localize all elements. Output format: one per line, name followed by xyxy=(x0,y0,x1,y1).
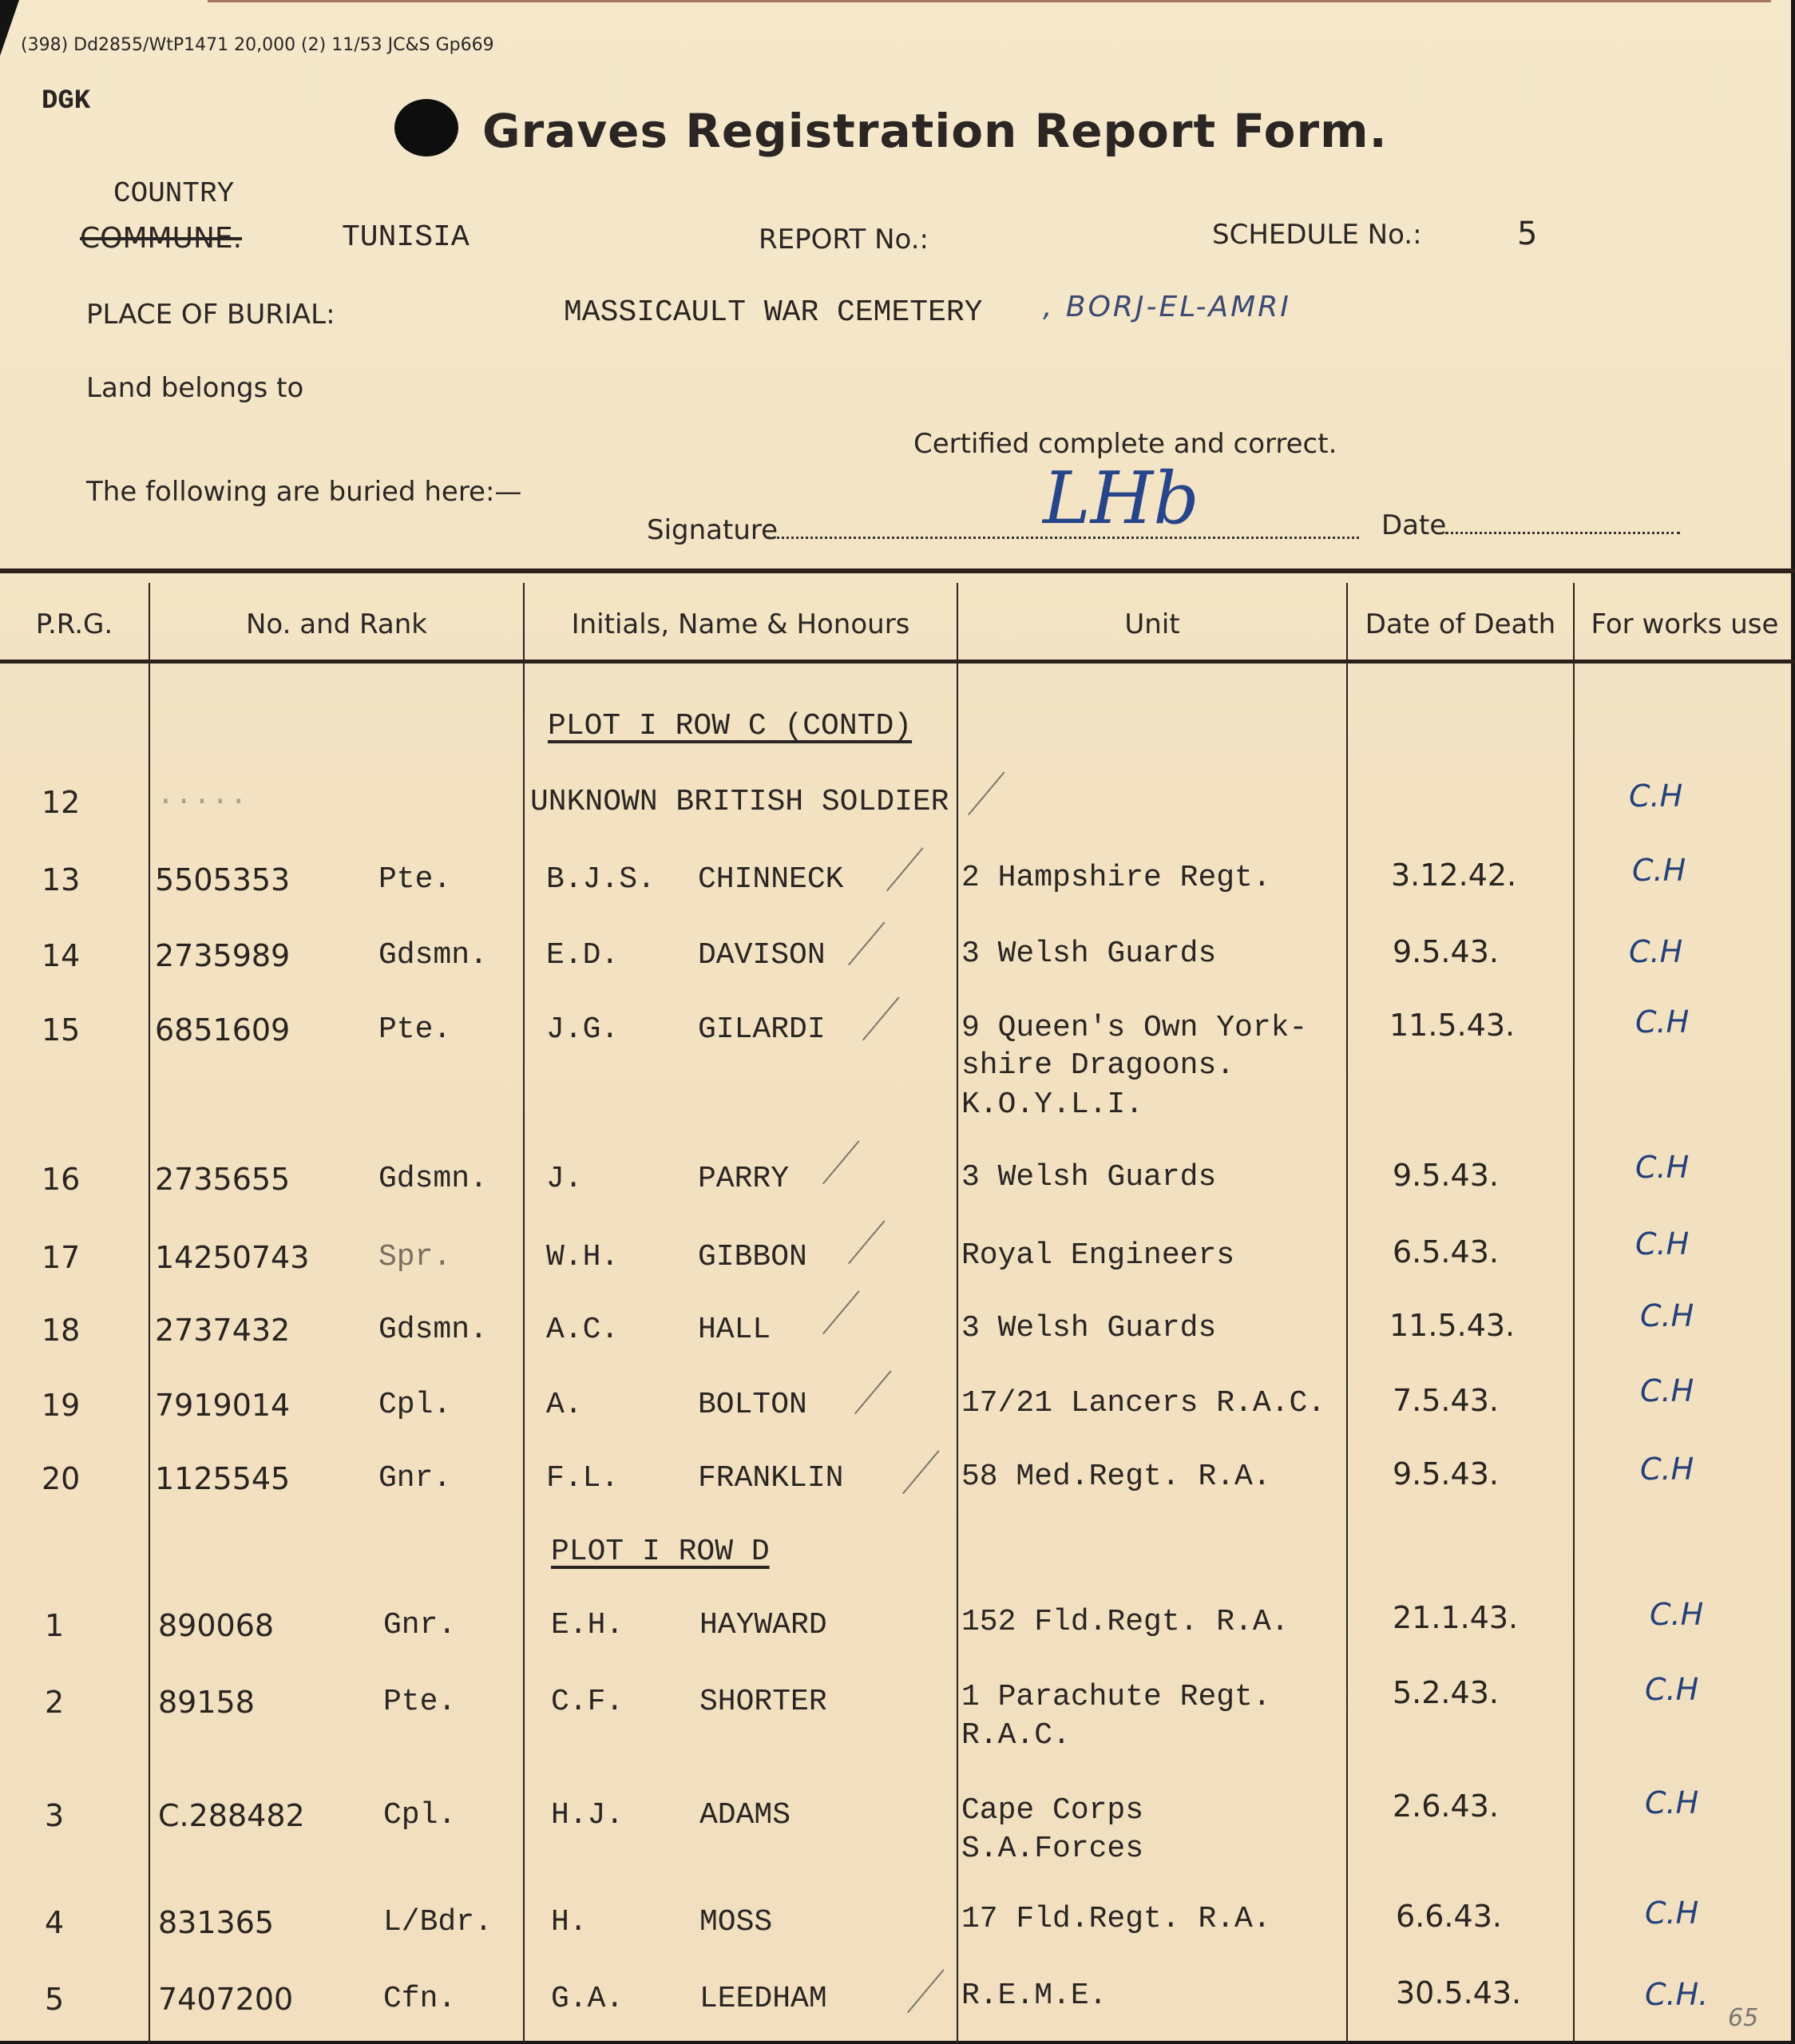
rank: Gnr. xyxy=(383,1608,456,1642)
surname: GILARDI xyxy=(698,1012,826,1047)
form-title: Graves Registration Report Form. xyxy=(482,104,1388,158)
prg-number: 14 xyxy=(42,938,80,973)
date-of-death: 11.5.43. xyxy=(1389,1308,1515,1343)
commune-label-struck: COMMUNE. xyxy=(80,222,242,255)
unit: 3 Welsh Guards xyxy=(961,1311,1216,1345)
prg-number: 20 xyxy=(42,1461,80,1496)
initials: H. xyxy=(551,1905,588,1939)
check-mark-icon xyxy=(902,1450,940,1494)
rank: Cpl. xyxy=(378,1388,451,1422)
works-use-initials: C.H xyxy=(1635,1226,1689,1262)
signature-mark: LHb xyxy=(1043,457,1199,541)
scan-top-edge xyxy=(208,0,1771,2)
service-number: 7919014 xyxy=(155,1388,290,1423)
prg-number: 16 xyxy=(42,1162,80,1197)
prg-number: 13 xyxy=(42,862,80,897)
place-of-burial-value: MASSICAULT WAR CEMETERY xyxy=(564,295,983,330)
prg-number: 5 xyxy=(45,1982,64,2017)
initials: F.L. xyxy=(546,1461,619,1495)
column-divider xyxy=(523,583,525,2044)
service-number: 5505353 xyxy=(155,862,290,897)
rank: Pte. xyxy=(378,862,451,897)
check-mark-icon xyxy=(822,1290,860,1334)
initials: W.H. xyxy=(546,1240,619,1274)
check-mark-icon xyxy=(862,996,900,1040)
document-page: (398) Dd2855/WtP1471 20,000 (2) 11/53 JC… xyxy=(0,0,1795,2044)
date-of-death: 6.6.43. xyxy=(1396,1899,1502,1934)
initials: H.J. xyxy=(551,1798,624,1832)
schedule-number-label: SCHEDULE No.: xyxy=(1212,219,1422,251)
place-of-burial-handwritten: , BORJ-EL-AMRI xyxy=(1043,291,1291,323)
date-of-death: 5.2.43. xyxy=(1393,1675,1499,1710)
initials: J.G. xyxy=(546,1012,619,1047)
unit: Royal Engineers xyxy=(961,1238,1234,1273)
country-value: TUNISIA xyxy=(342,220,470,255)
works-use-initials: C.H xyxy=(1650,1597,1703,1632)
check-mark-icon xyxy=(848,1220,886,1264)
surname: HALL xyxy=(698,1313,771,1347)
service-number: 14250743 xyxy=(155,1240,309,1275)
rank: Gdsmn. xyxy=(378,1162,488,1196)
unit: 3 Welsh Guards xyxy=(961,937,1216,971)
service-number: 6851609 xyxy=(155,1012,290,1048)
unit: 2 Hampshire Regt. xyxy=(961,861,1271,895)
unit-line: R.A.C. xyxy=(961,1718,1071,1753)
initials: A. xyxy=(546,1388,583,1422)
prg-number: 19 xyxy=(42,1388,80,1423)
column-header-name: Initials, Name & Honours xyxy=(525,608,957,640)
rank: Gdsmn. xyxy=(378,938,488,972)
section-heading: PLOT I ROW D xyxy=(551,1535,770,1569)
check-mark-icon xyxy=(848,921,886,965)
punch-hole-icon xyxy=(394,99,458,156)
initials: G.A. xyxy=(551,1982,624,2016)
unit-line: K.O.Y.L.I. xyxy=(961,1087,1143,1122)
column-header-number-rank: No. and Rank xyxy=(150,608,523,640)
works-use-initials: C.H xyxy=(1640,1373,1694,1408)
works-use-initials: C.H xyxy=(1645,1895,1698,1931)
unit: 3 Welsh Guards xyxy=(961,1160,1216,1194)
prg-number: 18 xyxy=(42,1313,80,1348)
date-line xyxy=(1445,532,1680,534)
works-use-initials: C.H xyxy=(1645,1785,1698,1820)
column-divider xyxy=(1346,583,1348,2044)
prg-number: 17 xyxy=(42,1240,80,1275)
initials: E.H. xyxy=(551,1608,624,1642)
rank: Cfn. xyxy=(383,1982,456,2016)
check-mark-icon xyxy=(822,1140,860,1184)
date-of-death: 3.12.42. xyxy=(1391,858,1516,893)
surname: LEEDHAM xyxy=(699,1982,827,2016)
place-of-burial-label: PLACE OF BURIAL: xyxy=(86,299,335,331)
check-mark-icon xyxy=(854,1370,892,1414)
service-number: 890068 xyxy=(158,1608,274,1643)
initials: J. xyxy=(546,1162,583,1196)
country-label: COUNTRY xyxy=(113,177,234,210)
prg-number: 1 xyxy=(45,1608,64,1643)
service-number: 831365 xyxy=(158,1905,274,1940)
rank: L/Bdr. xyxy=(383,1905,493,1939)
unit: 58 Med.Regt. R.A. xyxy=(961,1460,1271,1494)
surname: PARRY xyxy=(698,1162,789,1196)
pencil-page-note: 65 xyxy=(1728,2004,1758,2032)
date-of-death: 9.5.43. xyxy=(1393,934,1499,969)
scan-bottom-edge xyxy=(0,2041,1795,2044)
form-print-code: (398) Dd2855/WtP1471 20,000 (2) 11/53 JC… xyxy=(21,35,494,55)
date-of-death: 9.5.43. xyxy=(1393,1456,1499,1491)
column-header-works: For works use xyxy=(1575,608,1795,640)
rank: Pte. xyxy=(383,1685,456,1719)
works-use-initials: C.H xyxy=(1632,853,1686,888)
column-divider xyxy=(1573,583,1575,2044)
service-number: 2735989 xyxy=(155,938,290,973)
report-number-label: REPORT No.: xyxy=(759,224,929,255)
works-use-initials: C.H xyxy=(1635,1150,1689,1185)
surname: FRANKLIN xyxy=(698,1461,843,1495)
date-of-death: 9.5.43. xyxy=(1393,1158,1499,1193)
rank: Spr. xyxy=(378,1240,451,1274)
section-heading: PLOT I ROW C (CONTD) xyxy=(548,709,912,743)
rank: Pte. xyxy=(378,1012,451,1047)
date-of-death: 21.1.43. xyxy=(1393,1600,1518,1635)
unit: 17 Fld.Regt. R.A. xyxy=(961,1902,1271,1936)
prg-number: 4 xyxy=(45,1905,64,1940)
service-number-erased: ····· xyxy=(157,785,248,819)
works-use-initials: C.H xyxy=(1640,1298,1694,1333)
surname: GIBBON xyxy=(698,1240,807,1274)
column-header-date: Date of Death xyxy=(1348,608,1573,640)
rank: Cpl. xyxy=(383,1798,456,1832)
works-use-initials: C.H xyxy=(1629,778,1682,814)
service-number: 7407200 xyxy=(158,1982,293,2017)
works-use-initials: C.H. xyxy=(1645,1977,1708,2012)
surname: SHORTER xyxy=(699,1685,827,1719)
certified-text: Certified complete and correct. xyxy=(913,428,1337,460)
unit-line: S.A.Forces xyxy=(961,1832,1143,1866)
surname: CHINNECK xyxy=(698,862,843,897)
scan-corner-shadow xyxy=(0,0,19,56)
column-header-prg: P.R.G. xyxy=(0,608,149,640)
prg-number: 2 xyxy=(45,1685,64,1720)
date-of-death: 11.5.43. xyxy=(1389,1008,1515,1043)
works-use-initials: C.H xyxy=(1640,1452,1694,1487)
works-use-initials: C.H xyxy=(1645,1672,1698,1707)
unit: 17/21 Lancers R.A.C. xyxy=(961,1386,1325,1420)
initials: E.D. xyxy=(546,938,619,972)
check-mark-icon xyxy=(886,847,924,891)
unit-line: 1 Parachute Regt. xyxy=(961,1680,1271,1714)
works-use-initials: C.H xyxy=(1635,1004,1689,1040)
schedule-number-value: 5 xyxy=(1517,216,1537,252)
initials: C.F. xyxy=(551,1685,624,1719)
column-divider xyxy=(149,583,150,2044)
date-of-death: 6.5.43. xyxy=(1393,1234,1499,1270)
signature-label: Signature xyxy=(647,514,778,546)
unit: 152 Fld.Regt. R.A. xyxy=(961,1605,1289,1639)
service-number: 2737432 xyxy=(155,1313,290,1348)
unit-line: Cape Corps xyxy=(961,1793,1143,1828)
works-use-initials: C.H xyxy=(1629,934,1682,969)
surname: MOSS xyxy=(699,1905,772,1939)
rank: Gnr. xyxy=(378,1461,451,1495)
service-number: C.288482 xyxy=(158,1798,305,1833)
surname: HAYWARD xyxy=(699,1608,827,1642)
initials: B.J.S. xyxy=(546,862,656,897)
office-code: DGK xyxy=(42,86,90,117)
column-header-unit: Unit xyxy=(958,608,1346,640)
buried-here-label: The following are buried here:— xyxy=(86,476,521,508)
service-number: 2735655 xyxy=(155,1162,290,1197)
scan-right-edge xyxy=(1791,0,1795,2044)
unit-line: 9 Queen's Own York- xyxy=(961,1011,1307,1045)
date-of-death: 30.5.43. xyxy=(1396,1975,1521,2010)
service-number: 89158 xyxy=(158,1685,255,1720)
check-mark-icon xyxy=(907,1969,945,2013)
soldier-name: UNKNOWN BRITISH SOLDIER xyxy=(530,785,949,819)
unit: R.E.M.E. xyxy=(961,1979,1107,2013)
unit-line: shire Dragoons. xyxy=(961,1048,1234,1083)
surname: BOLTON xyxy=(698,1388,807,1422)
prg-number: 3 xyxy=(45,1798,64,1833)
column-divider xyxy=(957,583,958,2044)
date-of-death: 7.5.43. xyxy=(1393,1383,1499,1418)
date-label: Date xyxy=(1381,509,1446,541)
table-header-rule xyxy=(0,660,1795,664)
check-mark-icon xyxy=(968,771,1005,815)
prg-number: 12 xyxy=(42,785,80,820)
service-number: 1125545 xyxy=(155,1461,290,1496)
table-top-rule xyxy=(0,568,1795,573)
land-belongs-to-label: Land belongs to xyxy=(86,372,303,404)
date-of-death: 2.6.43. xyxy=(1393,1788,1499,1824)
initials: A.C. xyxy=(546,1313,619,1347)
prg-number: 15 xyxy=(42,1012,80,1048)
rank: Gdsmn. xyxy=(378,1313,488,1347)
surname: ADAMS xyxy=(699,1798,791,1832)
surname: DAVISON xyxy=(698,938,826,972)
